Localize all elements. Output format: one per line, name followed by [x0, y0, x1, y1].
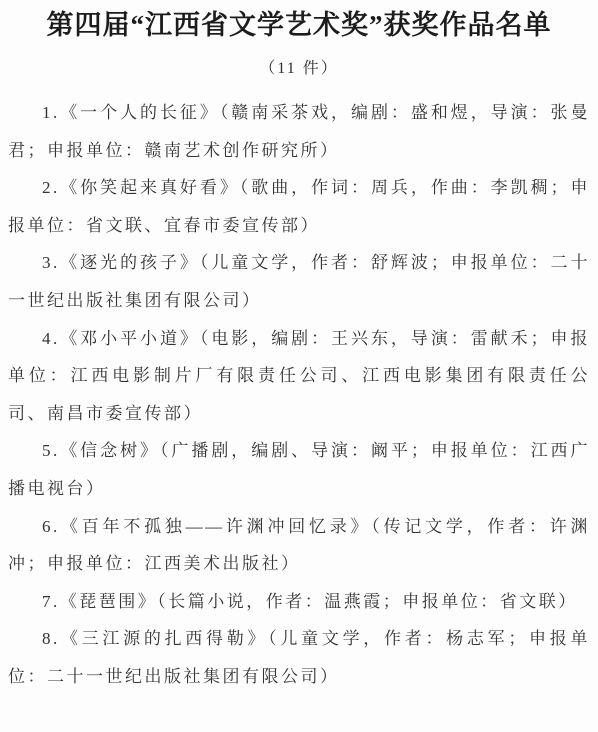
award-entry-5: 5.《信念树》（广播剧，编剧、导演：阚平；申报单位：江西广播电视台） — [8, 432, 590, 507]
award-entry-2: 2.《你笑起来真好看》（歌曲，作词：周兵，作曲：李凯稠；申报单位：省文联、宜春市… — [8, 169, 590, 244]
award-entry-1: 1.《一个人的长征》（赣南采茶戏，编剧：盛和煜，导演：张曼君；申报单位：赣南艺术… — [8, 94, 590, 169]
page-title: 第四届“江西省文学艺术奖”获奖作品名单 — [8, 6, 590, 44]
award-entry-list: 1.《一个人的长征》（赣南采茶戏，编剧：盛和煜，导演：张曼君；申报单位：赣南艺术… — [8, 94, 590, 696]
item-count-note: （11 件） — [8, 57, 590, 81]
document-page: 第四届“江西省文学艺术奖”获奖作品名单 （11 件） 1.《一个人的长征》（赣南… — [0, 0, 598, 732]
award-entry-8: 8.《三江源的扎西得勒》（儿童文学，作者：杨志军；申报单位：二十一世纪出版社集团… — [8, 620, 590, 695]
award-entry-6: 6.《百年不孤独——许渊冲回忆录》（传记文学，作者：许渊冲；申报单位：江西美术出… — [8, 508, 590, 583]
award-entry-3: 3.《逐光的孩子》（儿童文学，作者：舒辉波；申报单位：二十一世纪出版社集团有限公… — [8, 244, 590, 319]
award-entry-4: 4.《邓小平小道》（电影，编剧：王兴东，导演：雷献禾；申报单位：江西电影制片厂有… — [8, 320, 590, 433]
award-entry-7: 7.《琵琶围》（长篇小说，作者：温燕霞；申报单位：省文联） — [8, 583, 590, 621]
